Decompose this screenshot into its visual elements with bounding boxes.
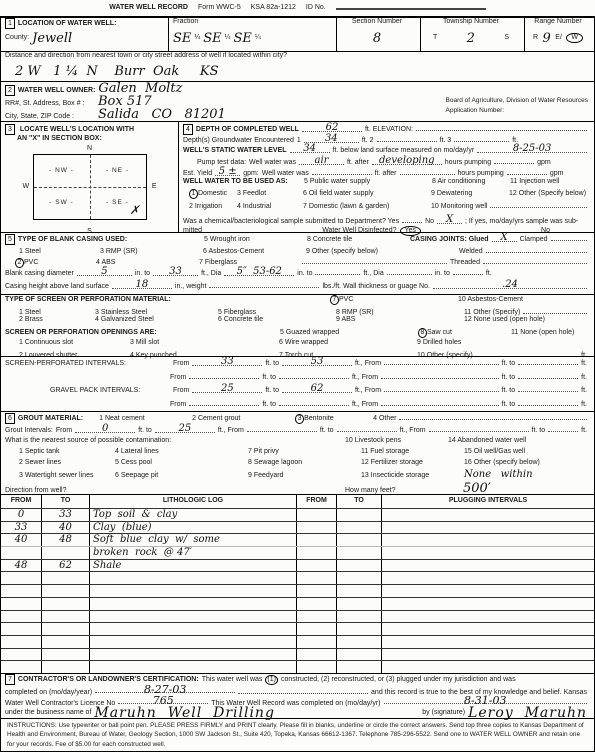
signature-label: by (signature): [422, 709, 465, 717]
option-label: Galvanized Steel: [101, 316, 154, 323]
option-number: 2: [19, 459, 23, 466]
quarter-3: ¼: [255, 34, 261, 42]
section-owner: 2 WATER WELL OWNER: Galen Moltz RR#, St.…: [1, 81, 594, 121]
sample-no-mark: X: [446, 215, 453, 225]
option-number: 16: [464, 459, 472, 466]
option-number: 8: [248, 459, 252, 466]
cell-to-2: [336, 547, 381, 559]
gauge-field: .24: [433, 281, 587, 289]
option-item: 2 Brass: [19, 316, 92, 324]
grout-from-field-3: [429, 424, 529, 432]
cell-to: [41, 572, 89, 584]
sample-question: Was a chemical/bacteriological sample su…: [183, 218, 399, 226]
county-row: County: Jewell: [1, 29, 168, 47]
grout-to-field-2: [337, 424, 397, 432]
option-item: 3 Watertight sewer lines: [19, 472, 112, 480]
township-s: S: [504, 34, 509, 42]
form-body: 1 LOCATION OF WATER WELL: County: Jewell…: [0, 16, 595, 752]
gp2-from-field-2: [381, 398, 499, 406]
in-to-2: in. to: [297, 270, 312, 278]
spacer-leader: [238, 686, 368, 694]
option-item: 8 Sewage lagoon: [248, 459, 358, 467]
option-label: Seepage pit: [121, 472, 158, 479]
option-label: Oil field water supply: [309, 190, 374, 197]
option-number: 11: [464, 309, 471, 316]
fraction-cell: Fraction SE¼ SE¼ SE¼: [168, 18, 336, 51]
option-label: Domestic (lawn & garden): [309, 203, 390, 210]
use-row-3: 2 Irrigation 4 Industrial 7 Domestic (la…: [179, 200, 594, 211]
option-label: Livestock pens: [355, 437, 401, 444]
option-label: Mill slot: [136, 339, 159, 346]
sp-from-field: 33: [192, 358, 262, 366]
record-date-field: 8-31-03: [384, 696, 588, 704]
cell-from: [1, 661, 41, 673]
gp-from-field: 25: [192, 385, 262, 393]
col-to: TO: [41, 495, 89, 508]
option-number: 1: [99, 415, 103, 422]
option-number: 7: [199, 259, 203, 266]
table-row: 0 33 Top soil & clay: [1, 508, 594, 521]
option-label: ABS: [341, 316, 355, 323]
option-label: Pit privy: [254, 448, 279, 455]
option-number: 1: [19, 248, 23, 255]
section-locate-depth: 3 LOCATE WELL'S LOCATION WITH AN "X" IN …: [1, 121, 594, 232]
option-item: 2PVC: [15, 258, 93, 268]
option-item: 11 Fuel storage: [361, 448, 461, 456]
option-number: 12: [361, 459, 369, 466]
option-item: 12 None used (open hole): [464, 316, 545, 324]
option-number: 5: [218, 309, 222, 316]
section-value-row: 8: [337, 29, 420, 47]
static-level-field: 34: [290, 145, 330, 153]
quadrant-nw: - NW -: [49, 167, 74, 175]
option-label: None used (open hole): [474, 316, 545, 323]
casing-row-3: 2PVC 4 ABS 7 Fiberglass Threaded: [1, 256, 594, 267]
cell-to-2: [336, 623, 381, 635]
sp-to-value: 53: [311, 357, 324, 367]
diameter-to-1: 33: [153, 268, 198, 276]
cell-log: [89, 623, 296, 635]
ft-to-label: ft. to: [262, 401, 276, 409]
option-label: Industrial: [243, 203, 271, 210]
ft-label: ft.: [581, 387, 587, 395]
option-number: 15: [464, 448, 472, 455]
cell-plugging: [381, 636, 594, 648]
weight-field: [209, 280, 319, 288]
cell-plugging: [381, 598, 594, 610]
option-item: 4 Other: [373, 415, 396, 423]
option-item: 7PVC: [330, 295, 455, 305]
lithologic-table: FROM TO LITHOLOGIC LOG FROM TO PLUGGING …: [1, 494, 594, 673]
gp-from-field-2: [384, 384, 499, 392]
option-item: 2 Irrigation: [189, 203, 234, 211]
elevation-field: [416, 123, 587, 131]
option-label: RMP (SR): [106, 248, 138, 255]
range-r: R: [533, 34, 538, 42]
cert-text-2: constructed, (2) reconstructed, or (3) p…: [281, 676, 516, 684]
table-row: [1, 660, 594, 673]
option-number-circled: 8: [418, 328, 427, 338]
cell-to-2: [336, 649, 381, 661]
option-number: 6: [303, 190, 307, 197]
grout-from-value: 0: [102, 424, 108, 434]
option-item: 4 Galvanized Steel: [95, 316, 215, 324]
option-label: Feedyard: [254, 472, 284, 479]
grout-to-field: 25: [155, 425, 215, 433]
option-label: Wire wrapped: [285, 339, 328, 346]
cell-to: 62: [41, 560, 89, 572]
option-label: Steel: [25, 248, 41, 255]
cell-to-2: [336, 509, 381, 521]
gp-to-field: 62: [282, 385, 352, 393]
cell-from: [1, 611, 41, 623]
range-value-row: R 9 E/ W: [525, 29, 594, 47]
table-row: [1, 584, 594, 597]
cell-from-2: [296, 598, 336, 610]
table-row: 40 48 Soft blue clay w/ some: [1, 533, 594, 546]
range-value: 9: [543, 32, 551, 45]
county-value: Jewell: [32, 32, 72, 45]
option-number-circled: 2: [15, 258, 24, 268]
option-item: 8 Air conditioning: [432, 178, 507, 186]
county-cell: 1 LOCATION OF WATER WELL: County: Jewell: [1, 18, 168, 51]
fraction-label-row: Fraction: [169, 18, 336, 29]
yield-value: 5 ±: [219, 167, 237, 177]
agency-name: Board of Agriculture, Division of Water …: [446, 96, 588, 106]
license-field: 765: [118, 696, 208, 704]
cell-log: [89, 598, 296, 610]
section-square: - NW - - NE - - SW - - SE - ✗: [33, 154, 147, 220]
cell-to-2: [336, 560, 381, 572]
cell-plugging: [381, 509, 594, 521]
form-title: WATER WELL RECORD: [109, 4, 188, 12]
option-label: Domestic: [198, 190, 227, 197]
township-cell: Township Number T 2 S: [420, 18, 524, 51]
option-label: Feedlot: [243, 190, 266, 197]
screen-interval-row-1: SCREEN-PERFORATED INTERVALS: From 33 ft.…: [1, 357, 594, 371]
monitoring-well-field: [490, 200, 587, 208]
form-header: WATER WELL RECORD Form WWC-5 KSA 82a-121…: [0, 0, 595, 16]
option-label: PVC: [339, 296, 353, 303]
static-level-value: 34: [303, 144, 316, 154]
ft-label: ft.: [581, 401, 587, 409]
ft-label: ft.: [581, 427, 587, 435]
option-item: 1 Septic tank: [19, 448, 112, 456]
distance-value: 2 W 1 ¼ N Burr Oak KS: [15, 65, 219, 78]
completed-date-field: 8-27-03: [95, 685, 235, 693]
screen-interval-row-2: From ft. to ft., From ft. to ft.: [1, 371, 594, 384]
clamped-field: [551, 233, 587, 241]
groundwater-ft2: ft. 2: [362, 137, 374, 145]
cell-plugging: [381, 623, 594, 635]
gravel-interval-row-2: From ft. to ft., From ft. to ft.: [1, 398, 594, 411]
option-label: Concrete tile: [224, 316, 263, 323]
locate-title-2: AN "X" IN SECTION BOX:: [5, 135, 174, 143]
option-number: 9: [431, 190, 435, 197]
option-item: 9 Dewatering: [431, 190, 506, 198]
agency-block: Board of Agriculture, Division of Water …: [446, 96, 588, 116]
depth-row: 4 DEPTH OF COMPLETED WELL 62 ft. ELEVATI…: [179, 123, 594, 134]
cell-from: 0: [1, 509, 41, 521]
clamped-label: Clamped: [520, 236, 548, 244]
static-level-label: WELL'S STATIC WATER LEVEL: [183, 147, 287, 155]
diameter-to-3: [453, 267, 483, 275]
casing-height-row: Casing height above land surface 18 in.,…: [1, 280, 594, 293]
ksa-reference: KSA 82a-1212: [251, 4, 296, 12]
cell-plugging: [381, 649, 594, 661]
cell-to-2: [336, 636, 381, 648]
township-label-row: Township Number: [421, 18, 524, 29]
sp-from-field-2: [384, 357, 499, 365]
in-to-3: in. to: [435, 270, 450, 278]
square-horizontal-line: [34, 187, 146, 188]
sample-no-field: X: [437, 216, 462, 224]
sp-from-value: 33: [221, 357, 234, 367]
option-number: 11: [511, 329, 518, 336]
option-label: Fiberglass: [205, 259, 237, 266]
cell-to: 33: [41, 509, 89, 521]
cert-section-badge: 7: [5, 674, 15, 685]
ft-dia-2: ft., Dia: [363, 270, 383, 278]
option-number: 4: [237, 203, 241, 210]
ft-to-label: ft. to: [265, 360, 279, 368]
option-label: Continuous slot: [25, 339, 73, 346]
table-row: [1, 635, 594, 648]
option-number: 6: [203, 248, 207, 255]
section-number-cell: Section Number 8: [336, 18, 420, 51]
option-item: 14 Abandoned water well: [448, 437, 526, 445]
option-label: None (open hole): [520, 329, 574, 336]
ft-from-label: ft., From: [400, 427, 426, 435]
option-item: 5 Guazed wrapped: [280, 329, 415, 337]
welded-label: Welded: [459, 248, 483, 256]
screen-row-3: 2 Brass 4 Galvanized Steel 6 Concrete ti…: [1, 316, 594, 326]
township-value-row: T 2 S: [421, 29, 524, 47]
option-item: 10 Asbestos-Cement: [458, 296, 523, 304]
option-label: Drilled holes: [423, 339, 462, 346]
option-label: Other: [379, 415, 397, 422]
option-label: Irrigation: [195, 203, 222, 210]
option-number: 3: [95, 309, 99, 316]
ft-from-label: ft., From: [355, 387, 381, 395]
option-item: 8Saw cut: [418, 328, 508, 338]
cell-plugging: [381, 522, 594, 534]
cell-from: 48: [1, 560, 41, 572]
option-item: 3 Mill slot: [130, 339, 276, 347]
option-item: 2 Cement grout: [192, 415, 292, 423]
gp2-from-field: [189, 398, 259, 406]
section-intervals: SCREEN-PERFORATED INTERVALS: From 33 ft.…: [1, 356, 594, 411]
table-row: [1, 622, 594, 635]
from-label: From: [170, 374, 186, 382]
option-number: 3: [19, 472, 23, 479]
option-number: 14: [448, 437, 456, 444]
constructed-circled: (1): [265, 675, 278, 685]
ft-from-label: ft., From: [352, 374, 378, 382]
compass-w: W: [23, 183, 30, 191]
cell-to: [41, 649, 89, 661]
section-number-badge: 1: [5, 18, 15, 29]
option-item: 12 Fertilizer storage: [361, 459, 461, 467]
cell-to-2: [336, 534, 381, 546]
casing-other-field: [302, 256, 447, 264]
from-label: From: [170, 401, 186, 409]
groundwater-ft3: ft. 3: [440, 137, 452, 145]
pump-water-label: Well water was: [249, 159, 296, 167]
id-number-label: ID No.: [306, 4, 326, 12]
option-label: Air conditioning: [437, 178, 485, 185]
casing-row-1: 5TYPE OF BLANK CASING USED: 5 Wrought ir…: [1, 233, 594, 245]
pump-test-row: Pump test data: Well water was air ft. a…: [179, 156, 594, 167]
depth-value: 62: [326, 123, 339, 133]
ft-to-label: ft. to: [262, 374, 276, 382]
option-label: Other (specify below): [312, 248, 378, 255]
cell-from-2: [296, 636, 336, 648]
use-row-1: WELL WATER TO BE USED AS: 5 Public water…: [179, 178, 594, 189]
option-item: 3Bentonite: [295, 414, 370, 424]
option-number: 1: [19, 448, 23, 455]
option-number: 5: [280, 329, 284, 336]
sp2-to-field: [279, 371, 349, 379]
gravel-interval-row-1: GRAVEL PACK INTERVALS: From 25 ft. to 62…: [1, 384, 594, 398]
option-item: 1 Steel: [19, 248, 97, 256]
township-t: T: [433, 34, 437, 42]
option-number: 7: [248, 448, 252, 455]
option-number: 3: [130, 339, 134, 346]
option-label: Fertilizer storage: [371, 459, 423, 466]
option-item: 5 Public water supply: [304, 178, 429, 186]
ft-to-label: ft. to: [320, 427, 334, 435]
col-plugging: PLUGGING INTERVALS: [381, 495, 594, 508]
option-item: 6 Concrete tile: [218, 316, 333, 324]
table-row: [1, 571, 594, 584]
cell-plugging: [381, 547, 594, 559]
ft-from-label: ft., From: [355, 360, 381, 368]
cell-log: [89, 636, 296, 648]
casing-joints-label: CASING JOINTS: Glued: [410, 236, 489, 244]
groundwater-field-1: 34: [304, 135, 359, 143]
option-item: 3 RMP (SR): [100, 248, 200, 256]
ft-to-label: ft. to: [265, 387, 279, 395]
county-label: County:: [5, 34, 29, 42]
option-item: 7 Pit privy: [248, 448, 358, 456]
option-number: 3: [237, 190, 241, 197]
cell-from-2: [296, 623, 336, 635]
application-number-label: Application Number:: [446, 106, 588, 116]
option-label: Monitoring well: [441, 203, 488, 210]
option-label: Sewer lines: [25, 459, 61, 466]
option-label: Stainless Steel: [101, 309, 147, 316]
option-item: 8 Concrete tile: [307, 236, 407, 244]
in-to-1: in. to: [135, 270, 150, 278]
static-level-date-field: 8-25-03: [477, 145, 587, 153]
distance-label: Distance and direction from nearest town…: [5, 52, 287, 60]
yield-row: Est. Yield 5 ± gpm: Well water was ft. a…: [179, 167, 594, 178]
cell-from-2: [296, 534, 336, 546]
cell-to-2: [336, 522, 381, 534]
option-number: 8: [307, 236, 311, 243]
compass-e: E: [152, 183, 157, 191]
option-label: Fuel storage: [370, 448, 409, 455]
grout-section-badge: 6: [5, 413, 15, 424]
locate-box-panel: 3 LOCATE WELL'S LOCATION WITH AN "X" IN …: [1, 122, 179, 232]
sp2-from-field: [189, 371, 259, 379]
quadrant-se: - SE -: [106, 199, 129, 207]
cell-to-2: [336, 611, 381, 623]
option-item: 10 Monitoring well: [431, 203, 487, 211]
option-label: Oil well/Gas well: [474, 448, 525, 455]
option-number: 5: [304, 178, 308, 185]
option-item: 11 Injection well: [510, 178, 559, 186]
cell-plugging: [381, 572, 594, 584]
welded-field: [486, 245, 587, 253]
location-title-row: 1 LOCATION OF WATER WELL:: [1, 18, 168, 29]
option-number: 4: [95, 316, 99, 323]
cell-log: [89, 661, 296, 673]
compass-n: N: [87, 145, 92, 153]
option-item: 7 Domestic (lawn & garden): [303, 203, 428, 211]
col-log: LITHOLOGIC LOG: [89, 495, 296, 508]
fraction-label: Fraction: [173, 18, 198, 26]
glued-field: X: [492, 234, 517, 242]
section-box-diagram: N S W E - NW - - NE - - SW - - SE - ✗: [15, 145, 165, 229]
cell-log: [89, 572, 296, 584]
option-label: ABS: [101, 259, 115, 266]
option-label: Other (Specify below): [519, 190, 586, 197]
cell-from-2: [296, 649, 336, 661]
cell-log: Shale: [89, 560, 296, 572]
cert-row-3: Water Well Contractor's Licence No 765 T…: [1, 696, 594, 707]
cell-plugging: [381, 534, 594, 546]
option-label: Lateral lines: [121, 448, 159, 455]
casing-title-wrap: 5TYPE OF BLANK CASING USED:: [5, 234, 201, 245]
cell-to: 40: [41, 522, 89, 534]
option-label: Watertight sewer lines: [25, 472, 94, 479]
contamination-label: What is the nearest source of possible c…: [5, 437, 342, 445]
option-item: 2 Sewer lines: [19, 459, 112, 467]
option-number: 8: [336, 309, 340, 316]
fraction-3: SE: [234, 32, 252, 45]
cell-plugging: [381, 585, 594, 597]
location-title: LOCATION OF WATER WELL:: [18, 20, 117, 28]
quarter-1: ¼: [194, 34, 200, 42]
cell-log: [89, 611, 296, 623]
fraction-2: SE: [203, 32, 221, 45]
depth-label: DEPTH OF COMPLETED WELL: [196, 126, 299, 134]
casing-section-badge: 5: [5, 234, 15, 245]
from-label: From: [56, 427, 72, 435]
table-row: 33 40 Clay (blue): [1, 521, 594, 534]
gp-to-value: 62: [311, 384, 324, 394]
diameter-value-2: 5″ 53-62: [237, 267, 282, 277]
gp-from-value: 25: [221, 384, 234, 394]
screen-row-1: TYPE OF SCREEN OR PERFORATION MATERIAL: …: [1, 295, 594, 306]
diameter-to-value-1: 33: [169, 267, 182, 277]
cell-to-2: [336, 585, 381, 597]
option-number: 11: [361, 448, 368, 455]
cell-to: [41, 585, 89, 597]
option-label: Neat cement: [105, 415, 145, 422]
section-screen: TYPE OF SCREEN OR PERFORATION MATERIAL: …: [1, 294, 594, 356]
option-label: PVC: [24, 259, 38, 266]
groundwater-field-2: [377, 134, 437, 142]
cell-log: Soft blue clay w/ some: [89, 534, 296, 546]
option-item: 9 ABS: [336, 316, 461, 324]
sample-no-label: No: [425, 218, 434, 226]
section-label-row: Section Number: [337, 18, 420, 29]
contamination-row-1: What is the nearest source of possible c…: [1, 437, 594, 448]
col-to-2: TO: [336, 495, 381, 508]
